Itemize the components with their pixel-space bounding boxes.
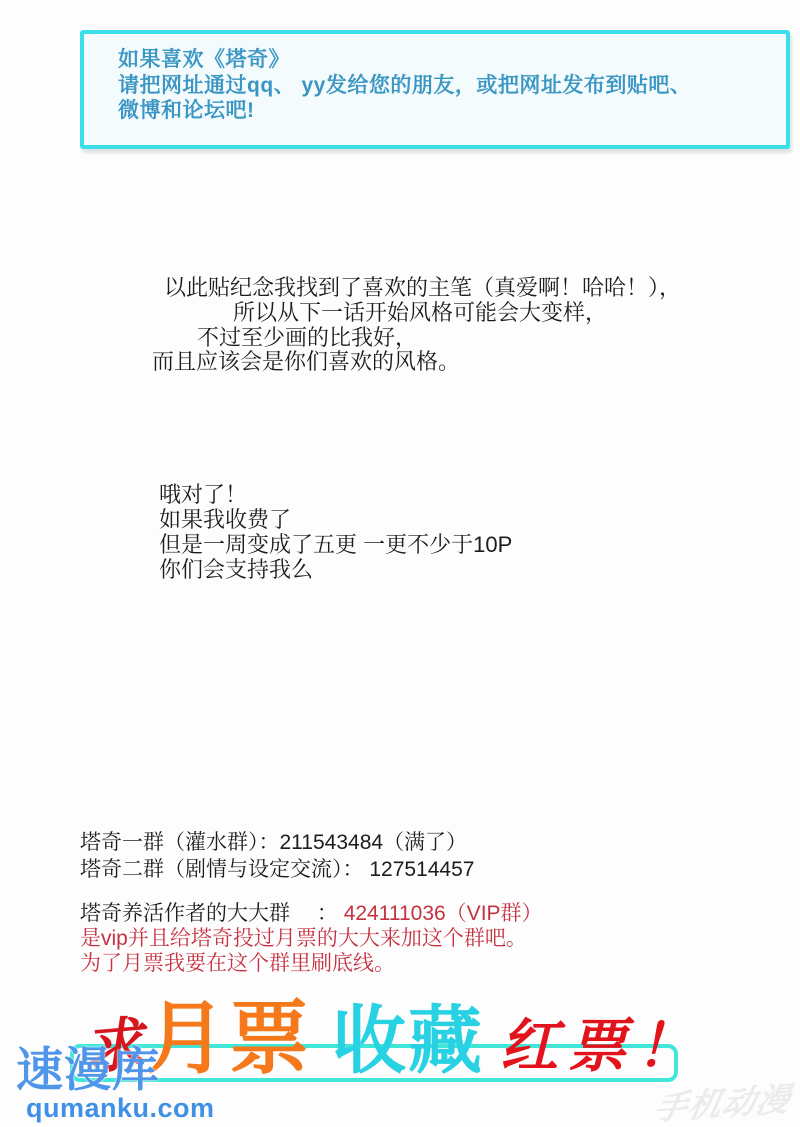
site-logo-domain: qumanku.com [26,1095,215,1122]
author-note-line: 所以从下一话开始风格可能会大变样， [233,301,800,326]
vip-group-number: 424111036（VIP群） [344,902,543,925]
author-note-line: 如果我收费了 [159,507,800,532]
vote-plea-favorite: 收藏 [332,982,484,1088]
site-logo-chinese: 速漫库 [16,1046,215,1093]
vip-group-label: 塔奇养活作者的大大群 ： [80,902,338,925]
author-note-line: 你们会支持我么 [159,557,800,582]
qq-group-line: 塔奇二群（剧情与设定交流）： 127514457 [80,857,474,884]
share-notice-line: 微博和论坛吧! [118,98,768,124]
author-note-line: 不过至少画的比我好， [197,326,800,351]
author-note-paragraph-2: 哦对了！ 如果我收费了 但是一周变成了五更 一更不少于10P 你们会支持我么 [0,482,800,582]
qq-group-list: 塔奇一群（灌水群）：211543484（满了） 塔奇二群（剧情与设定交流）： 1… [80,830,474,883]
comic-page: 如果喜欢《塔奇》 请把网址通过qq、 yy发给您的朋友，或把网址发布到贴吧、 微… [0,0,800,1127]
share-notice-line: 请把网址通过qq、 yy发给您的朋友，或把网址发布到贴吧、 [118,73,768,99]
vote-plea-red-ticket: 红票！ [500,999,704,1083]
share-notice-line: 如果喜欢《塔奇》 [118,47,768,73]
author-note-line: 以此贴纪念我找到了喜欢的主笔（真爱啊！哈哈！）， [164,276,800,301]
vip-note-line: 是vip并且给塔奇投过月票的大大来加这个群吧。 [80,926,543,951]
author-note-paragraph-1: 以此贴纪念我找到了喜欢的主笔（真爱啊！哈哈！）， 所以从下一话开始风格可能会大变… [0,276,800,375]
site-logo: 速漫库 qumanku.com [16,1046,215,1122]
qq-group-line: 塔奇一群（灌水群）：211543484（满了） [80,830,474,857]
vip-note-line: 为了月票我要在这个群里刷底线。 [80,951,543,976]
author-note-line: 而且应该会是你们喜欢的风格。 [152,350,800,375]
vip-group-block: 塔奇养活作者的大大群 ： 424111036（VIP群） 是vip并且给塔奇投过… [80,901,543,976]
author-note-line: 但是一周变成了五更 一更不少于10P [159,532,800,557]
vip-group-line: 塔奇养活作者的大大群 ： 424111036（VIP群） [80,901,543,926]
author-note-line: 哦对了！ [159,482,800,507]
share-notice-box: 如果喜欢《塔奇》 请把网址通过qq、 yy发给您的朋友，或把网址发布到贴吧、 微… [80,30,790,149]
